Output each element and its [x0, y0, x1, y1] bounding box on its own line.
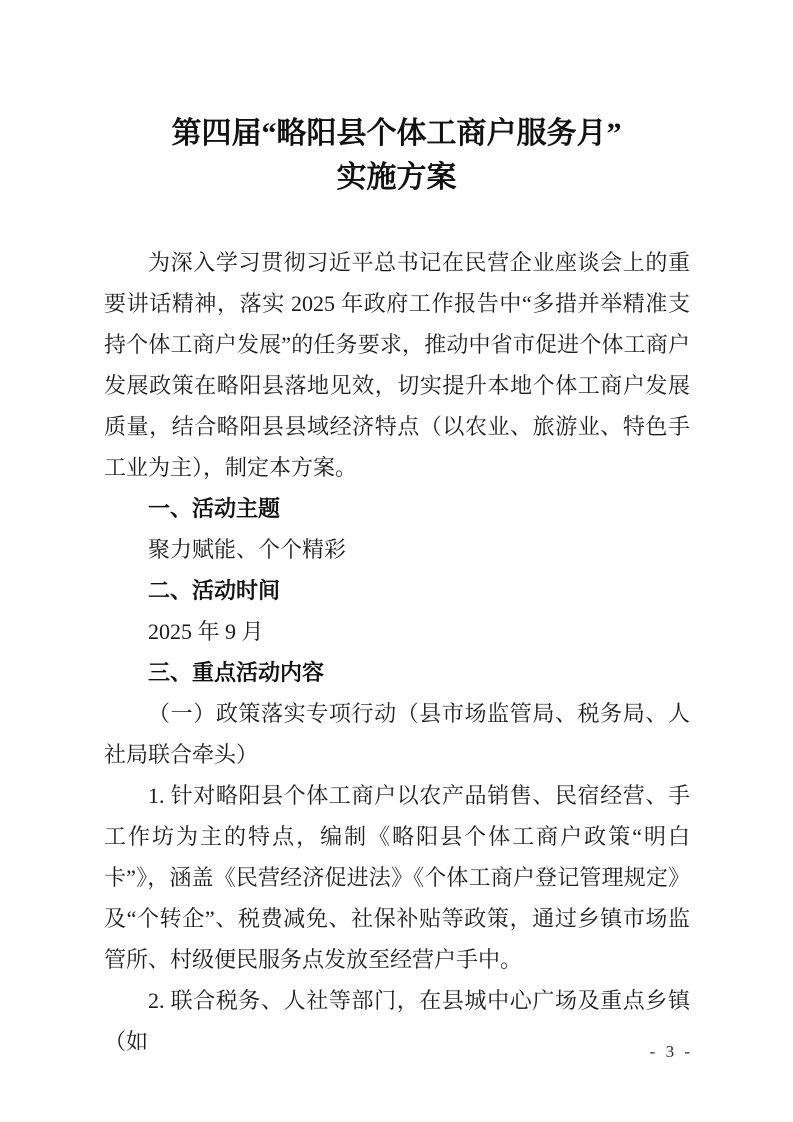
document-page: 第四届“略阳县个体工商户服务月” 实施方案 为深入学习贯彻习近平总书记在民营企业… — [0, 0, 793, 1122]
document-title-line-1: 第四届“略阳县个体工商户服务月” — [80, 112, 713, 156]
section-body-1: 聚力赋能、个个精彩 — [104, 529, 690, 570]
page-number: - 3 - — [650, 1041, 693, 1063]
list-item-1: 1. 针对略阳县个体工商户以农产品销售、民宿经营、手工作坊为主的特点，编制《略阳… — [104, 775, 690, 980]
document-title: 第四届“略阳县个体工商户服务月” 实施方案 — [80, 112, 713, 200]
section-heading-3: 三、重点活动内容 — [104, 652, 690, 693]
intro-paragraph: 为深入学习贯彻习近平总书记在民营企业座谈会上的重要讲话精神，落实 2025 年政… — [104, 242, 690, 488]
document-body: 为深入学习贯彻习近平总书记在民营企业座谈会上的重要讲话精神，落实 2025 年政… — [104, 242, 690, 1062]
document-title-line-2: 实施方案 — [80, 156, 713, 200]
subsection-heading: （一）政策落实专项行动（县市场监管局、税务局、人社局联合牵头） — [104, 693, 690, 775]
list-item-2: 2. 联合税务、人社等部门，在县城中心广场及重点乡镇（如 — [104, 980, 690, 1062]
section-body-2: 2025 年 9 月 — [104, 611, 690, 652]
section-heading-1: 一、活动主题 — [104, 488, 690, 529]
section-heading-2: 二、活动时间 — [104, 570, 690, 611]
